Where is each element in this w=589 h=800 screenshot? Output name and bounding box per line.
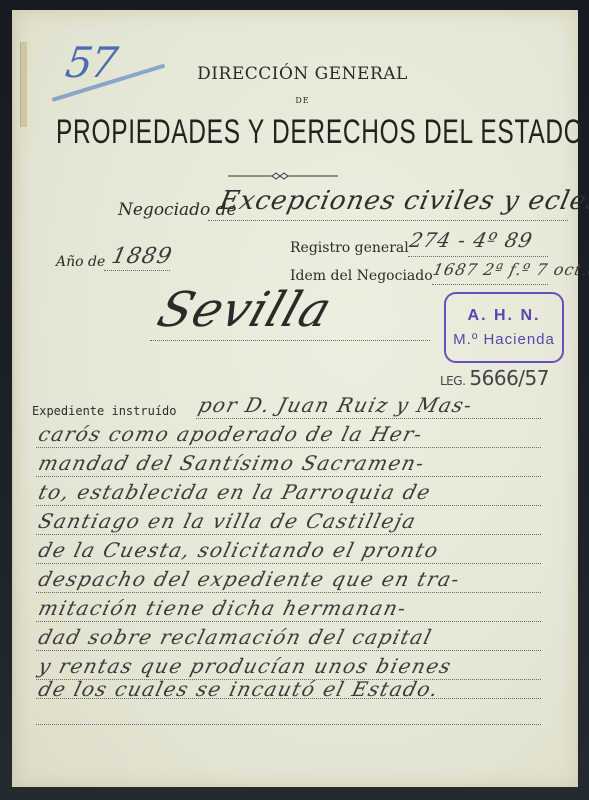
ano-value: 1889 [109,244,174,269]
legajo-prefix: LEG. [440,374,465,388]
ruled-line [36,476,541,477]
legajo-reference: LEG.5666/57 [440,366,549,390]
registro-general-label: Registro general [290,240,409,256]
ahn-stamp: A. H. N. M.º Hacienda [444,292,564,363]
negociado-dotted-line [208,220,568,221]
ruled-line [36,650,541,651]
scanned-document: 57 DIRECCIÓN GENERAL DE PROPIEDADES Y DE… [0,0,589,800]
ruled-line [196,418,541,419]
divider-ornament-icon [228,172,338,180]
idem-dotted-line [432,284,548,285]
expediente-line-8: mitación tiene dicha hermanan- [36,596,410,620]
ruled-line [36,563,541,564]
negociado-value: Excepciones civiles y eclesiásticas [217,186,589,216]
expediente-line-9: dad sobre reclamación del capital [36,625,435,649]
expediente-line-1: por D. Juan Ruiz y Mas- [196,393,476,417]
expediente-line-7: despacho del expediente que en tra- [36,567,463,591]
ruled-line-blank [36,724,541,725]
registro-dotted-line [408,256,548,257]
ruled-line [36,505,541,506]
header-propiedades: PROPIEDADES Y DERECHOS DEL ESTADO [56,113,584,152]
ruled-line [36,534,541,535]
stamp-ahn: A. H. N. [446,307,562,325]
registro-general-value: 274 - 4º 89 [407,228,535,252]
legajo-number: 5666/57 [469,366,549,390]
expediente-line-3: mandad del Santísimo Sacramen- [36,451,428,475]
ruled-line [36,592,541,593]
stamp-hacienda: M.º Hacienda [446,331,562,348]
province-sevilla: Sevilla [151,282,339,338]
ruled-line [36,447,541,448]
expediente-line-6: de la Cuesta, solicitando el pronto [36,538,442,562]
expediente-line-10: y rentas que producían unos bienes [36,654,455,678]
expediente-line-5: Santiago en la villa de Castilleja [36,509,419,533]
paper-fold-edge [20,42,27,127]
expediente-line-11: de los cuales se incautó el Estado. [36,677,442,701]
ruled-line [36,621,541,622]
province-dotted-line [150,340,430,341]
ano-label: Año de [56,254,105,270]
expediente-label: Expediente instruído [32,404,177,418]
idem-negociado-value: 1687 2ª f.º 7 oct.e 62 [431,260,589,279]
ano-dotted-line [104,270,170,271]
expediente-line-4: to, establecida en la Parroquia de [36,480,434,504]
expediente-line-2: carós como apoderado de la Her- [36,422,426,446]
header-de: DE [0,96,589,105]
header-direccion-general: DIRECCIÓN GENERAL [0,64,589,84]
